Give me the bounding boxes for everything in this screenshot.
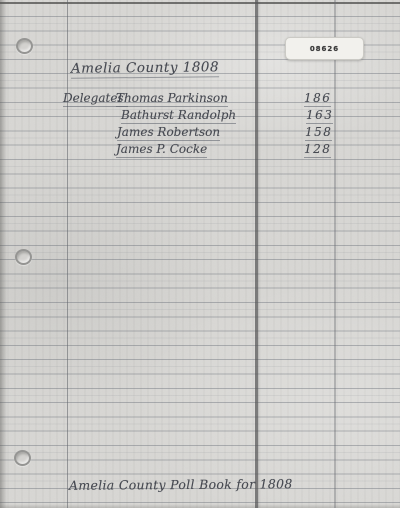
delegate-row: James P. Cocke 128 [0,142,400,159]
vote-count: 158 [305,125,332,141]
column-rule-left [67,0,68,508]
vote-count: 163 [306,108,333,124]
hole-punch-middle [15,249,32,265]
left-edge-shadow [0,0,7,508]
vote-count: 186 [304,91,331,107]
column-rule-right [334,0,336,508]
delegate-name: Bathurst Randolph [121,108,236,124]
footer-caption: Amelia County Poll Book for 1808 [69,476,293,493]
hole-punch-bottom [14,450,31,466]
catalog-label: 08626 [285,37,364,60]
delegate-name: James P. Cocke [116,142,207,158]
vote-count: 128 [304,142,331,158]
column-divider-bold [255,0,258,508]
delegate-row: Delegates: Thomas Parkinson 186 [0,91,400,108]
delegate-name: James Robertson [117,125,220,141]
bottom-edge-shadow [0,504,400,508]
delegate-row: James Robertson 158 [0,125,400,142]
ruled-lines [0,16,400,508]
delegate-row: Bathurst Randolph 163 [0,108,400,125]
delegate-name: Thomas Parkinson [116,91,228,107]
page-title: Amelia County 1808 [71,59,219,77]
top-edge-line [0,2,400,4]
hole-punch-top [16,38,33,54]
catalog-number: 08626 [310,45,339,53]
scanned-poll-book-page: 08626 Amelia County 1808 Delegates: Thom… [0,0,400,508]
